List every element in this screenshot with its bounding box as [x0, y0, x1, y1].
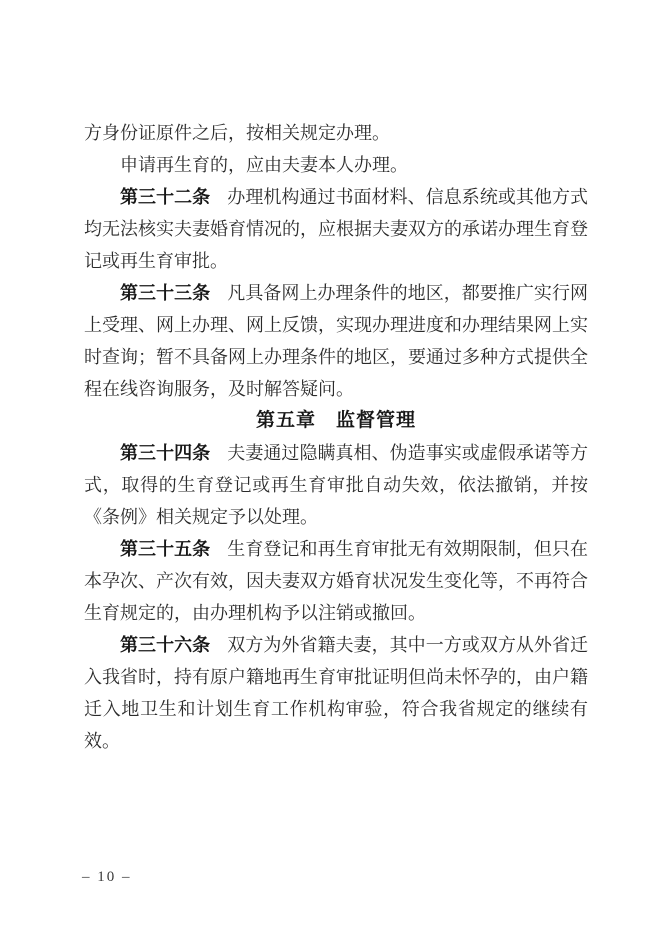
document-body: 方身份证原件之后，按相关规定办理。 申请再生育的，应由夫妻本人办理。 第三十二条… — [84, 117, 588, 757]
document-page: 方身份证原件之后，按相关规定办理。 申请再生育的，应由夫妻本人办理。 第三十二条… — [0, 0, 665, 940]
article-34-number: 第三十四条 — [120, 443, 210, 463]
page-number: – 10 – — [82, 869, 132, 886]
chapter-5-heading: 第五章 监督管理 — [84, 405, 588, 437]
article-34: 第三十四条夫妻通过隐瞒真相、伪造事实或虚假承诺等方式，取得的生育登记或再生育审批… — [84, 437, 588, 533]
article-33-number: 第三十三条 — [120, 283, 210, 303]
article-33: 第三十三条凡具备网上办理条件的地区，都要推广实行网上受理、网上办理、网上反馈，实… — [84, 277, 588, 405]
article-35-number: 第三十五条 — [120, 539, 210, 559]
article-36-number: 第三十六条 — [120, 635, 210, 655]
article-32: 第三十二条办理机构通过书面材料、信息系统或其他方式均无法核实夫妻婚育情况的，应根… — [84, 181, 588, 277]
article-36: 第三十六条双方为外省籍夫妻，其中一方或双方从外省迁入我省时，持有原户籍地再生育审… — [84, 629, 588, 757]
paragraph-apply-rebirth: 申请再生育的，应由夫妻本人办理。 — [84, 149, 588, 181]
paragraph-continuation: 方身份证原件之后，按相关规定办理。 — [84, 117, 588, 149]
article-35: 第三十五条生育登记和再生育审批无有效期限制，但只在本孕次、产次有效，因夫妻双方婚… — [84, 533, 588, 629]
article-32-number: 第三十二条 — [120, 187, 210, 207]
